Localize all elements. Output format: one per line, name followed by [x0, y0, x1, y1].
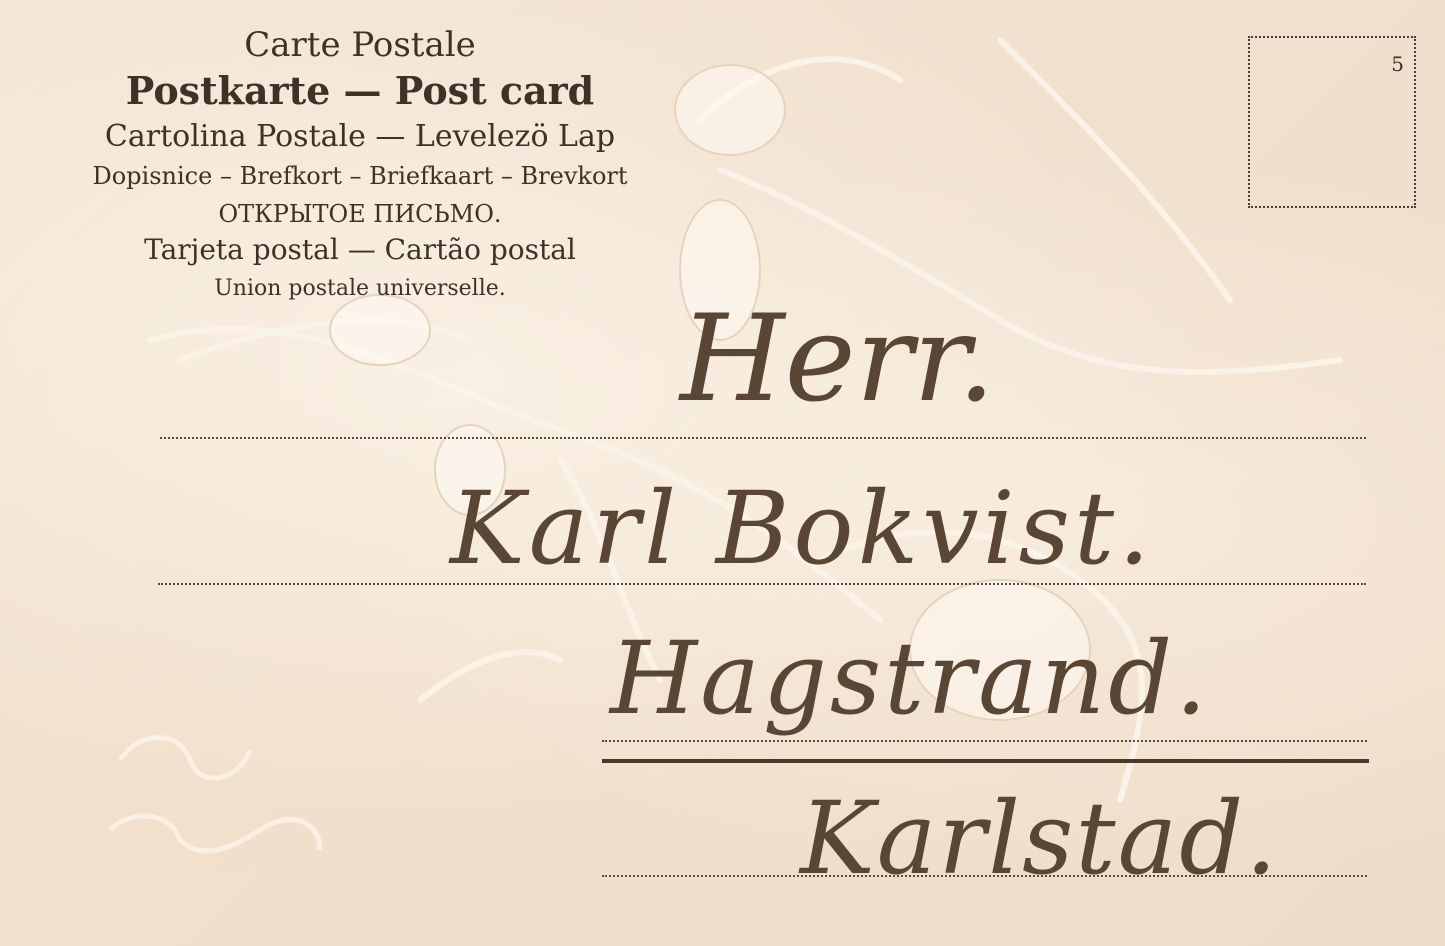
stamp-placeholder-box: 5	[1248, 36, 1416, 208]
address-underline-heavy	[602, 759, 1369, 763]
address-line-3	[602, 740, 1367, 742]
handwritten-locality: Hagstrand.	[610, 620, 1210, 737]
address-line-2	[158, 583, 1366, 585]
header-cartolina-levelezo: Cartolina Postale — Levelezö Lap	[20, 122, 700, 152]
address-line-4	[602, 875, 1367, 877]
header-carte-postale: Carte Postale	[20, 28, 700, 62]
stamp-box-number: 5	[1391, 52, 1404, 76]
postcard-header: Carte Postale Postkarte — Post card Cart…	[20, 22, 700, 300]
header-dopisnice-brevkort: Dopisnice – Brefkort – Briefkaart – Brev…	[20, 164, 700, 188]
handwritten-salutation: Herr.	[680, 290, 995, 429]
header-russian: ОТКРЫТОЕ ПИСЬМО.	[20, 202, 700, 226]
handwritten-city: Karlstad.	[800, 780, 1279, 897]
header-tarjeta-cartao: Tarjeta postal — Cartão postal	[20, 236, 700, 264]
address-line-1	[160, 437, 1366, 439]
header-union-postale: Union postale universelle.	[20, 278, 700, 300]
header-postkarte-post-card: Postkarte — Post card	[20, 72, 700, 110]
postcard-back: Carte Postale Postkarte — Post card Cart…	[0, 0, 1445, 946]
handwritten-recipient-name: Karl Bokvist.	[450, 470, 1154, 587]
